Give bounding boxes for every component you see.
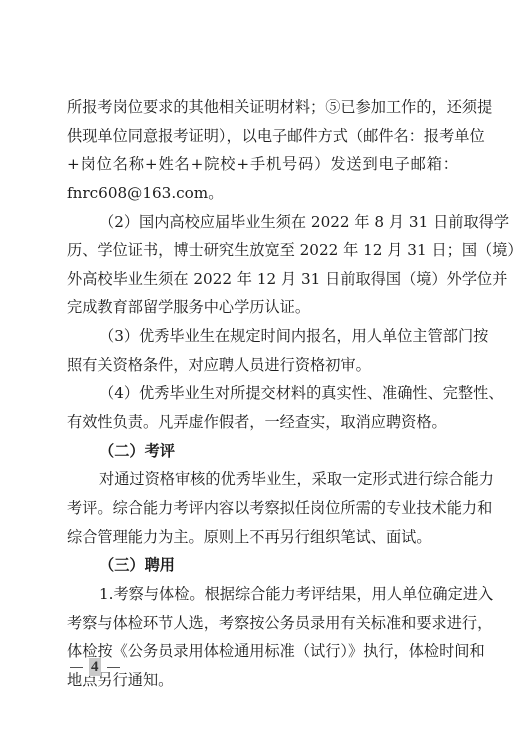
text-line: 地点另行通知。 xyxy=(67,666,458,695)
section-heading-employment: （三）聘用 xyxy=(67,551,458,580)
document-body: 所报考岗位要求的其他相关证明材料；⑤已参加工作的，还须提 供现单位同意报考证明）… xyxy=(67,93,458,694)
text-line: 照有关资格条件，对应聘人员进行资格初审。 xyxy=(67,351,458,380)
heading-text: （三）聘用 xyxy=(99,556,175,574)
paragraph-4-start: （4）优秀毕业生对所提交材料的真实性、准确性、完整性、 xyxy=(67,379,458,408)
text-line: 历、学位证书，博士研究生放宽至 2022 年 12 月 31 日；国（境） xyxy=(67,236,458,265)
text-line: 有效性负责。凡弄虚作假者，一经查实，取消应聘资格。 xyxy=(67,408,458,437)
dash-left xyxy=(70,667,83,668)
text-line: 体检按《公务员录用体检通用标准（试行）》执行，体检时间和 xyxy=(67,637,458,666)
heading-text: （二）考评 xyxy=(99,442,175,460)
document-page: 所报考岗位要求的其他相关证明材料；⑤已参加工作的，还须提 供现单位同意报考证明）… xyxy=(0,0,525,743)
paragraph-3-start: （3）优秀毕业生在规定时间内报名，用人单位主管部门按 xyxy=(67,322,458,351)
text-line: 考察与体检环节人选，考察按公务员录用有关标准和要求进行， xyxy=(67,609,458,638)
evaluation-paragraph-start: 对通过资格审核的优秀毕业生，采取一定形式进行综合能力 xyxy=(67,465,458,494)
dash-right xyxy=(107,667,120,668)
text-line: 外高校毕业生须在 2022 年 12 月 31 日前取得国（境）外学位并 xyxy=(67,265,458,294)
paragraph-2-start: （2）国内高校应届毕业生须在 2022 年 8 月 31 日前取得学 xyxy=(67,208,458,237)
page-number: 4 xyxy=(89,658,101,676)
text-line: 供现单位同意报考证明），以电子邮件方式（邮件名：报考单位 xyxy=(67,122,458,151)
text-line: +岗位名称+姓名+院校+手机号码）发送到电子邮箱： xyxy=(67,150,458,179)
section-heading-evaluation: （二）考评 xyxy=(67,437,458,466)
text-line: 所报考岗位要求的其他相关证明材料；⑤已参加工作的，还须提 xyxy=(67,93,458,122)
text-line: 考评。综合能力考评内容以考察拟任岗位所需的专业技术能力和 xyxy=(67,494,458,523)
text-line: 完成教育部留学服务中心学历认证。 xyxy=(67,293,458,322)
page-footer: 4 xyxy=(70,655,120,679)
employment-paragraph-start: 1.考察与体检。根据综合能力考评结果，用人单位确定进入 xyxy=(67,580,458,609)
text-line: 综合管理能力为主。原则上不再另行组织笔试、面试。 xyxy=(67,523,458,552)
email-address-line: fnrc608@163.com。 xyxy=(67,179,458,208)
